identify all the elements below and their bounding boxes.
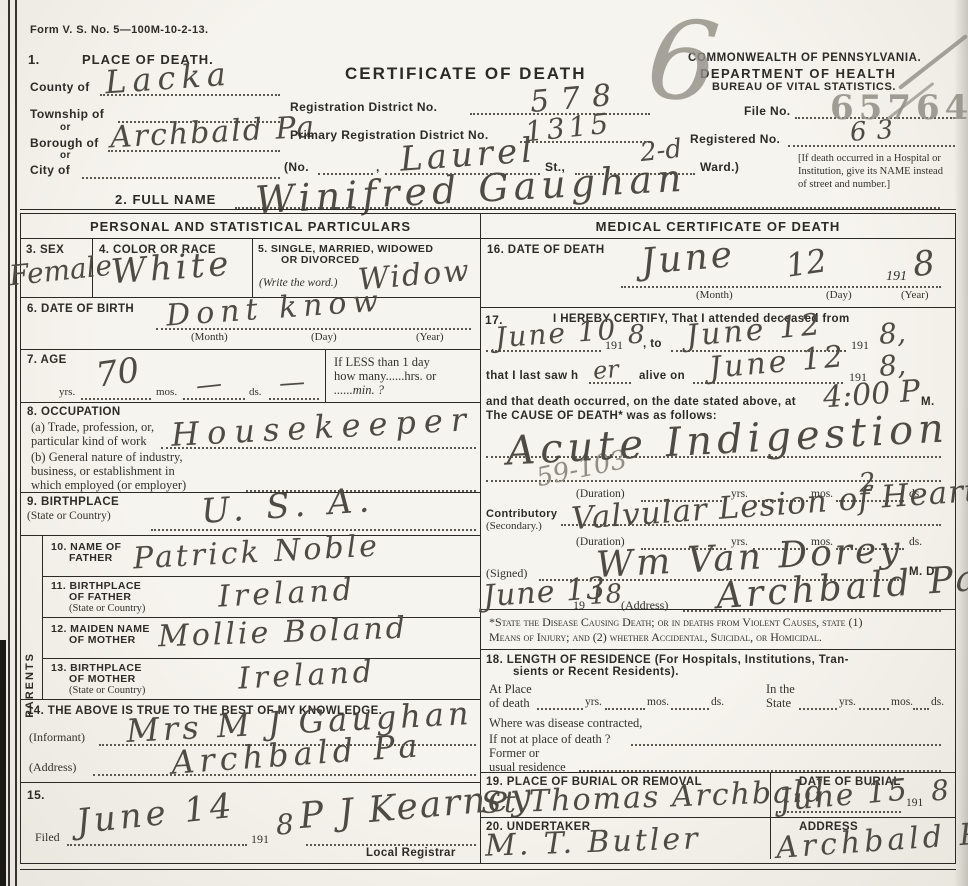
row-birthplace: 9. BIRTHPLACE (State or Country) U. S. A… xyxy=(21,493,480,536)
registrar-label: Local Registrar xyxy=(366,847,456,859)
occupation-b-line3: which employed (or employer) xyxy=(31,478,186,493)
scan-left-rule-outer xyxy=(8,0,10,886)
state-mos-label: mos. xyxy=(891,696,913,708)
death-year-caption: (Year) xyxy=(901,289,929,301)
informant-address-line xyxy=(93,774,476,776)
father-birthplace-hint: (State or Country) xyxy=(69,603,145,614)
duration2-ds-label: ds. xyxy=(909,536,922,548)
row-age: 7. AGE yrs. 70 mos. — ds. — If LESS than… xyxy=(21,350,480,403)
at-place-ds-label: ds. xyxy=(711,696,724,708)
street-no-label: (No. xyxy=(284,160,309,174)
borough-value: Archbald Pa xyxy=(109,113,317,154)
certificate-title: CERTIFICATE OF DEATH xyxy=(345,64,586,84)
at-place-line2: of death xyxy=(489,696,530,711)
row-mother-name: 12. MAIDEN NAME OF MOTHER Mollie Boland xyxy=(43,618,480,659)
row-certify: 17. I HEREBY CERTIFY, That I attended de… xyxy=(481,308,955,610)
dob-day-caption: (Day) xyxy=(311,331,337,343)
body-top-rule xyxy=(20,209,956,210)
in-the-line2: State xyxy=(766,696,791,711)
row-sex-race-marital: 3. SEX Female 4. COLOR OR RACE White 5. … xyxy=(21,239,480,298)
burial-year-value: 8 xyxy=(930,776,950,805)
or-label-1: or xyxy=(60,122,71,133)
residence-label-line1: 18. LENGTH OF RESIDENCE (For Hospitals, … xyxy=(486,654,849,666)
certify-to-year-printed: 191 xyxy=(851,338,869,353)
dob-month-caption: (Month) xyxy=(191,331,228,343)
state-ds-label: ds. xyxy=(931,696,944,708)
age-mos-value: — xyxy=(195,371,224,400)
hospital-note: [If death occurred in a Hospital or Inst… xyxy=(798,152,950,191)
agency-line1: COMMONWEALTH OF PENNSYLVANIA. xyxy=(688,52,921,64)
section1-number: 1. xyxy=(28,52,40,67)
sign-date-value: June 13 xyxy=(482,574,607,613)
city-line xyxy=(82,177,280,179)
birthplace-hint: (State or Country) xyxy=(27,510,111,522)
at-place-line1: At Place xyxy=(489,682,532,697)
occupation-b-line1: (b) General nature of industry, xyxy=(31,450,183,465)
row-undertaker: 20. UNDERTAKER M. T. Butler ADDRESS Arch… xyxy=(481,818,955,859)
row-father-birthplace: 11. BIRTHPLACE OF FATHER (State or Count… xyxy=(43,577,480,618)
residence-label-line2: sients or Recent Residents). xyxy=(513,666,679,678)
death-month-value: June xyxy=(640,237,737,281)
occupation-a-value: Housekeeper xyxy=(170,403,474,451)
at-place-yrs-line xyxy=(537,708,583,710)
registrar-line xyxy=(306,844,476,846)
row-father-name: 10. NAME OF FATHER Patrick Noble xyxy=(43,536,480,577)
former-line1: Former or xyxy=(489,746,539,761)
informant-address-label: (Address) xyxy=(29,760,76,775)
mother-birthplace-hint: (State or Country) xyxy=(69,685,145,696)
in-the-line1: In the xyxy=(766,682,795,697)
form-number: Form V. S. No. 5—100M-10-2-13. xyxy=(30,24,209,36)
or-label-2: or xyxy=(60,150,71,161)
age-mos-label: mos. xyxy=(156,386,177,398)
death-month-caption: (Month) xyxy=(696,289,733,301)
mother-birthplace-value: Ireland xyxy=(237,657,376,694)
death-day-caption: (Day) xyxy=(826,289,852,301)
contributory-label-line1: Contributory xyxy=(486,508,557,520)
mother-birthplace-label-line2: OF MOTHER xyxy=(69,673,136,685)
last-saw-date-value: June 12 xyxy=(708,342,847,384)
body-bottom-rule xyxy=(20,869,956,870)
parents-block: PARENTS 10. NAME OF FATHER Patrick Noble… xyxy=(21,536,480,700)
row-burial: 19. PLACE OF BURIAL OR REMOVAL St Thomas… xyxy=(481,773,955,818)
filed-line xyxy=(67,844,247,846)
certify-from-value: June 10 xyxy=(494,316,618,352)
death-year-printed: 191 xyxy=(886,269,907,285)
last-saw-her-value: er xyxy=(592,357,620,383)
township-label: Township of xyxy=(30,107,104,121)
row-informant: 14. THE ABOVE IS TRUE TO THE BEST OF MY … xyxy=(21,700,480,783)
age-ds-label: ds. xyxy=(249,386,262,398)
state-yrs-line xyxy=(799,708,837,710)
father-name-label-line2: FATHER xyxy=(69,552,113,564)
age-ds-line xyxy=(269,398,319,400)
death-occurred-line: and that death occurred, on the date sta… xyxy=(486,396,796,408)
state-yrs-label: yrs. xyxy=(839,696,856,708)
age-note-line1: If LESS than 1 day xyxy=(334,355,430,370)
birthplace-value: U. S. A. xyxy=(200,483,376,529)
dob-year-caption: (Year) xyxy=(416,331,444,343)
borough-label: Borough of xyxy=(30,136,99,150)
contributory-label-line2: (Secondary.) xyxy=(486,520,542,532)
contracted-line xyxy=(631,744,941,746)
filed-date-value: June 14 xyxy=(75,789,237,839)
occupation-label: 8. OCCUPATION xyxy=(27,406,121,418)
ward-label: Ward.) xyxy=(700,160,739,174)
filed-section-label: 15. xyxy=(27,788,45,802)
at-place-mos-line xyxy=(605,708,645,710)
state-ds-line xyxy=(913,708,929,710)
county-value: Lacka xyxy=(104,58,233,99)
occupation-a-line1: (a) Trade, profession, or, xyxy=(31,420,154,435)
birthplace-label: 9. BIRTHPLACE xyxy=(27,496,119,508)
certify-to-label: , to xyxy=(643,338,662,350)
certificate-body: PERSONAL AND STATISTICAL PARTICULARS 3. … xyxy=(20,213,956,864)
footnote-line2: Means of Injury; and (2) whether Acciden… xyxy=(489,630,822,645)
marital-label-line2: OR DIVORCED xyxy=(281,254,360,266)
father-name-value: Patrick Noble xyxy=(132,532,380,575)
mother-name-value: Mollie Boland xyxy=(158,614,409,653)
age-cell: 7. AGE yrs. 70 mos. — ds. — xyxy=(21,350,326,402)
race-value: White xyxy=(110,247,234,289)
row-mother-birthplace: 13. BIRTHPLACE OF MOTHER (State or Count… xyxy=(43,659,480,700)
former-residence-line xyxy=(579,770,941,772)
last-saw-alive-on: alive on xyxy=(639,370,685,382)
scan-left-rule-inner xyxy=(15,0,17,886)
contributory-value: Valvular Lesion of Heart xyxy=(570,476,968,535)
personal-column-title: PERSONAL AND STATISTICAL PARTICULARS xyxy=(21,214,480,239)
filed-year-value: 8 xyxy=(275,810,295,839)
scan-left-black-edge xyxy=(0,640,6,886)
death-certificate-scan: Form V. S. No. 5—100M-10-2-13. 1. PLACE … xyxy=(0,0,968,886)
age-yrs-value: 70 xyxy=(94,353,142,393)
dob-label: 6. DATE OF BIRTH xyxy=(27,303,134,315)
last-saw-gender-line xyxy=(589,382,631,384)
occupation-a-line2: particular kind of work xyxy=(31,434,147,449)
undertaker-cell: 20. UNDERTAKER M. T. Butler xyxy=(481,818,771,859)
contracted-line1: Where was disease contracted, xyxy=(489,716,642,731)
age-yrs-line xyxy=(81,398,151,400)
filed-label: Filed xyxy=(35,830,60,845)
age-label: 7. AGE xyxy=(27,354,67,366)
fullname-value: Winifred Gaughan xyxy=(254,159,687,220)
father-birthplace-label-line2: OF FATHER xyxy=(69,591,131,603)
death-year-value: 8 xyxy=(911,246,936,282)
row-date-of-death: 16. DATE OF DEATH June 12 191 8 (Month) … xyxy=(481,239,955,308)
age-yrs-label: yrs. xyxy=(59,386,75,398)
agency-line2: DEPARTMENT OF HEALTH xyxy=(700,66,896,81)
occupation-b-line2: business, or establishment in xyxy=(31,464,175,479)
at-place-yrs-label: yrs. xyxy=(585,696,602,708)
contracted-line2: If not at place of death ? xyxy=(489,732,610,747)
at-place-mos-label: mos. xyxy=(647,696,669,708)
date-of-death-line xyxy=(621,286,941,288)
medical-column: MEDICAL CERTIFICATE OF DEATH 16. DATE OF… xyxy=(481,214,955,863)
age-note-line3: ......min. ? xyxy=(334,383,384,398)
parents-rows: 10. NAME OF FATHER Patrick Noble 11. BIR… xyxy=(43,536,480,699)
parents-sidebar: PARENTS xyxy=(21,536,43,699)
undertaker-value: M. T. Butler xyxy=(485,824,701,862)
registration-district-label: Registration District No. xyxy=(290,100,437,114)
mother-name-label-line2: OF MOTHER xyxy=(69,634,136,646)
state-mos-line xyxy=(859,708,889,710)
row-occupation: 8. OCCUPATION (a) Trade, profession, or,… xyxy=(21,403,480,493)
sex-cell: 3. SEX Female xyxy=(21,239,93,297)
registered-no-value: 63 xyxy=(849,116,904,146)
death-day-value: 12 xyxy=(784,244,829,281)
date-of-death-label: 16. DATE OF DEATH xyxy=(487,244,605,256)
age-note-cell: If LESS than 1 day how many......hrs. or… xyxy=(326,350,480,402)
row-length-of-residence: 18. LENGTH OF RESIDENCE (For Hospitals, … xyxy=(481,650,955,773)
birthplace-line xyxy=(151,529,476,531)
at-place-ds-line xyxy=(671,708,709,710)
county-label: County of xyxy=(30,80,90,94)
race-cell: 4. COLOR OR RACE White xyxy=(93,239,253,297)
row-filed: 15. Filed June 14 191 8 P J Kearney Loca… xyxy=(21,783,480,864)
certify-to-year-value: 8, xyxy=(878,319,907,349)
footnote-line1: *State the Disease Causing Death; or in … xyxy=(489,615,863,630)
age-ds-value: — xyxy=(278,369,306,397)
city-label: City of xyxy=(30,163,70,177)
scan-right-shade xyxy=(954,0,968,886)
informant-label: (Informant) xyxy=(29,730,85,745)
pencil-six-mark: 6 xyxy=(642,3,723,120)
registered-no-label: Registered No. xyxy=(690,132,780,146)
filed-year-printed: 191 xyxy=(251,832,269,847)
age-note-line2: how many......hrs. or xyxy=(334,369,436,384)
file-no-label: File No. xyxy=(744,104,791,118)
row-date-of-birth: 6. DATE OF BIRTH (Month) (Day) (Year) Do… xyxy=(21,298,480,350)
fullname-label: 2. FULL NAME xyxy=(115,192,216,207)
father-birthplace-value: Ireland xyxy=(217,575,356,612)
last-saw-prefix: that I last saw h xyxy=(486,370,578,382)
undertaker-address-cell: ADDRESS Archbald Pa xyxy=(771,818,955,859)
personal-column: PERSONAL AND STATISTICAL PARTICULARS 3. … xyxy=(21,214,481,863)
